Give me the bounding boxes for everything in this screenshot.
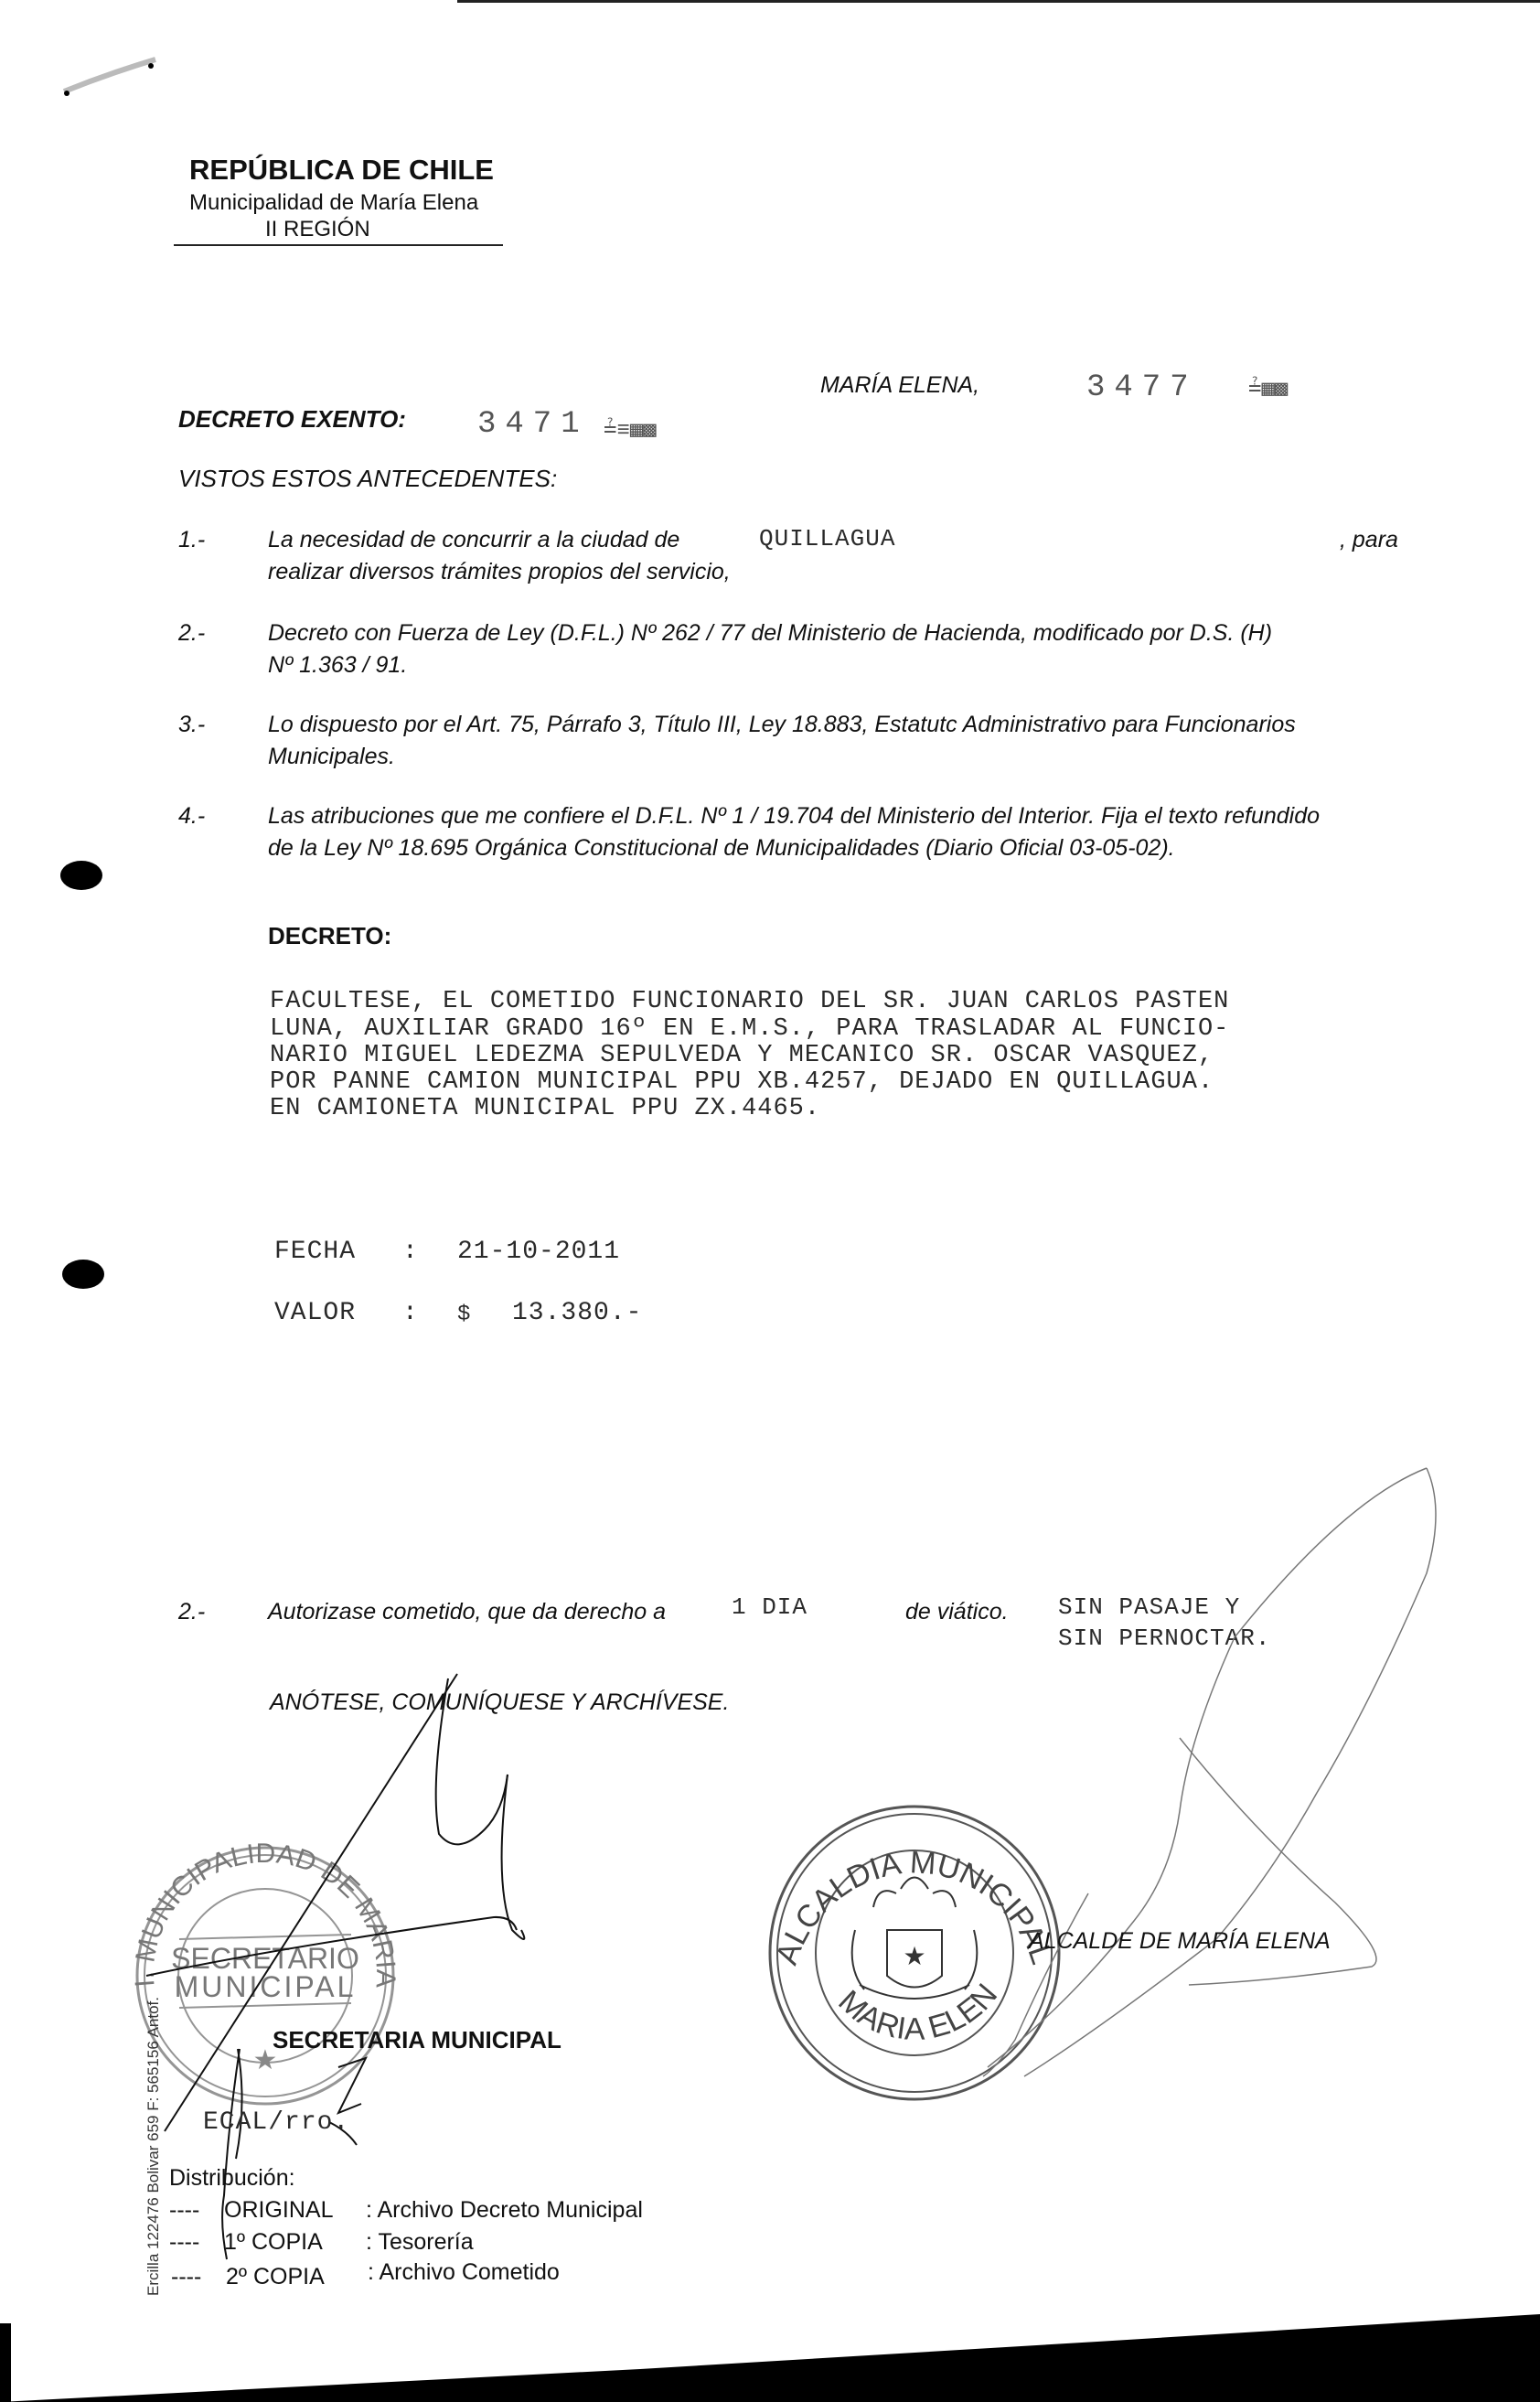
authorization-suffix: de viático. [905,1599,1009,1625]
item-1-line1-prefix: La necesidad de concurrir a la ciudad de [268,527,679,553]
punch-hole-top [60,861,102,890]
stamp-date-mark-left: ≟≡▦▩ [604,416,657,444]
item-1-destination: QUILLAGUA [759,525,895,552]
stamp-date-mark: ≟▦▩ [1248,375,1288,402]
distribution-row-3-destination: : Archivo Cometido [368,2259,560,2286]
secretary-stamp-line-2: MUNICIPAL [175,1970,357,2003]
secretary-stamp-line-1: SECRETARIO [171,1942,359,1975]
decree-line-4: POR PANNE CAMION MUNICIPAL PPU XB.4257, … [270,1068,1214,1096]
stamp-number-top: 3477 [1086,370,1198,405]
distribution-row-3-dashes: ---- [171,2264,201,2290]
item-3-line1: Lo dispuesto por el Art. 75, Párrafo 3, … [268,712,1296,738]
decree-line-3: NARIO MIGUEL LEDEZMA SEPULVEDA Y MECANIC… [270,1042,1214,1069]
decree-exempt-label: DECRETO EXENTO: [178,405,406,434]
distribution-row-1-copy: ORIGINAL [224,2197,333,2224]
secretary-title: SECRETARIA MUNICIPAL [273,2026,561,2054]
distribution-heading: Distribución: [169,2165,295,2192]
date-label: FECHA [274,1238,356,1266]
distribution-row-2-copy: 1º COPIA [224,2229,323,2256]
punch-hole-bottom [62,1260,104,1289]
place-label: MARÍA ELENA, [820,372,979,399]
mayor-stamp [770,1807,1059,2099]
item-1-number: 1.- [178,527,205,553]
mayor-signature [983,1468,1436,2076]
item-2-line1: Decreto con Fuerza de Ley (D.F.L.) Nº 26… [268,620,1272,647]
star-icon: ★ [903,1943,925,1971]
amount-value: 13.380.- [512,1299,642,1327]
header-municipality: Municipalidad de María Elena [189,190,478,216]
stamps-and-signatures: I. MUNICIPALIDAD DE MARIA ELENA SECRETAR… [0,0,1540,2402]
item-1-line1-suffix: , para [1340,527,1398,553]
amount-colon: : [402,1299,419,1327]
mayor-title: ALCALDE DE MARÍA ELENA [1029,1928,1331,1955]
authorization-note-2: SIN PERNOCTAR. [1058,1625,1270,1652]
amount-currency: $ [457,1303,471,1327]
mayor-stamp-top-text: ALCALDIA MUNICIPAL [769,1845,1059,1968]
item-4-number: 4.- [178,803,205,830]
authorization-number: 2.- [178,1599,205,1625]
date-value: 21-10-2011 [457,1238,620,1266]
date-colon: : [402,1238,419,1266]
distribution-row-3-copy: 2º COPIA [226,2264,325,2290]
authorization-prefix: Autorizase cometido, que da derecho a [268,1599,666,1625]
header-region: II REGIÓN [265,217,370,242]
decree-exempt-number: 3471 [477,407,589,442]
scan-edge-shadow [0,0,1540,2402]
authorization-note-1: SIN PASAJE Y [1058,1593,1240,1621]
distribution-row-1-destination: : Archivo Decreto Municipal [366,2197,643,2224]
closing-formula: ANÓTESE, COMUNÍQUESE Y ARCHÍVESE. [270,1689,729,1716]
header-rule [174,244,503,246]
item-3-number: 3.- [178,712,205,738]
item-4-line1: Las atribuciones que me confiere el D.F.… [268,803,1320,830]
item-4-line2: de la Ley Nº 18.695 Orgánica Constitucio… [268,835,1175,862]
authorization-days: 1 DIA [732,1593,807,1621]
decree-heading: DECRETO: [268,922,391,950]
header-country: REPÚBLICA DE CHILE [189,154,494,187]
item-3-line2: Municipales. [268,744,395,770]
secretary-stamp [137,1848,393,2104]
printer-imprint: Ercilla 122476 Bolivar 659 F: 565156 Ant… [144,1997,163,2296]
initials: ECAL/rro. [203,2108,349,2137]
item-2-line2: Nº 1.363 / 91. [268,652,407,679]
item-2-number: 2.- [178,620,205,647]
distribution-row-2-destination: : Tesorería [366,2229,474,2256]
decree-line-5: EN CAMIONETA MUNICIPAL PPU ZX.4465. [270,1095,820,1122]
amount-label: VALOR [274,1299,356,1327]
decree-line-1: FACULTESE, EL COMETIDO FUNCIONARIO DEL S… [270,988,1229,1015]
considerations-heading: VISTOS ESTOS ANTECEDENTES: [178,465,557,493]
distribution-row-1-dashes: ---- [169,2197,199,2224]
distribution-row-2-dashes: ---- [169,2229,199,2256]
item-1-line2: realizar diversos trámites propios del s… [268,559,731,585]
document-page: REPÚBLICA DE CHILE Municipalidad de Marí… [0,0,1540,2402]
decree-line-2: LUNA, AUXILIAR GRADO 16º EN E.M.S., PARA… [270,1015,1229,1043]
coat-of-arms-icon [852,1878,978,2000]
